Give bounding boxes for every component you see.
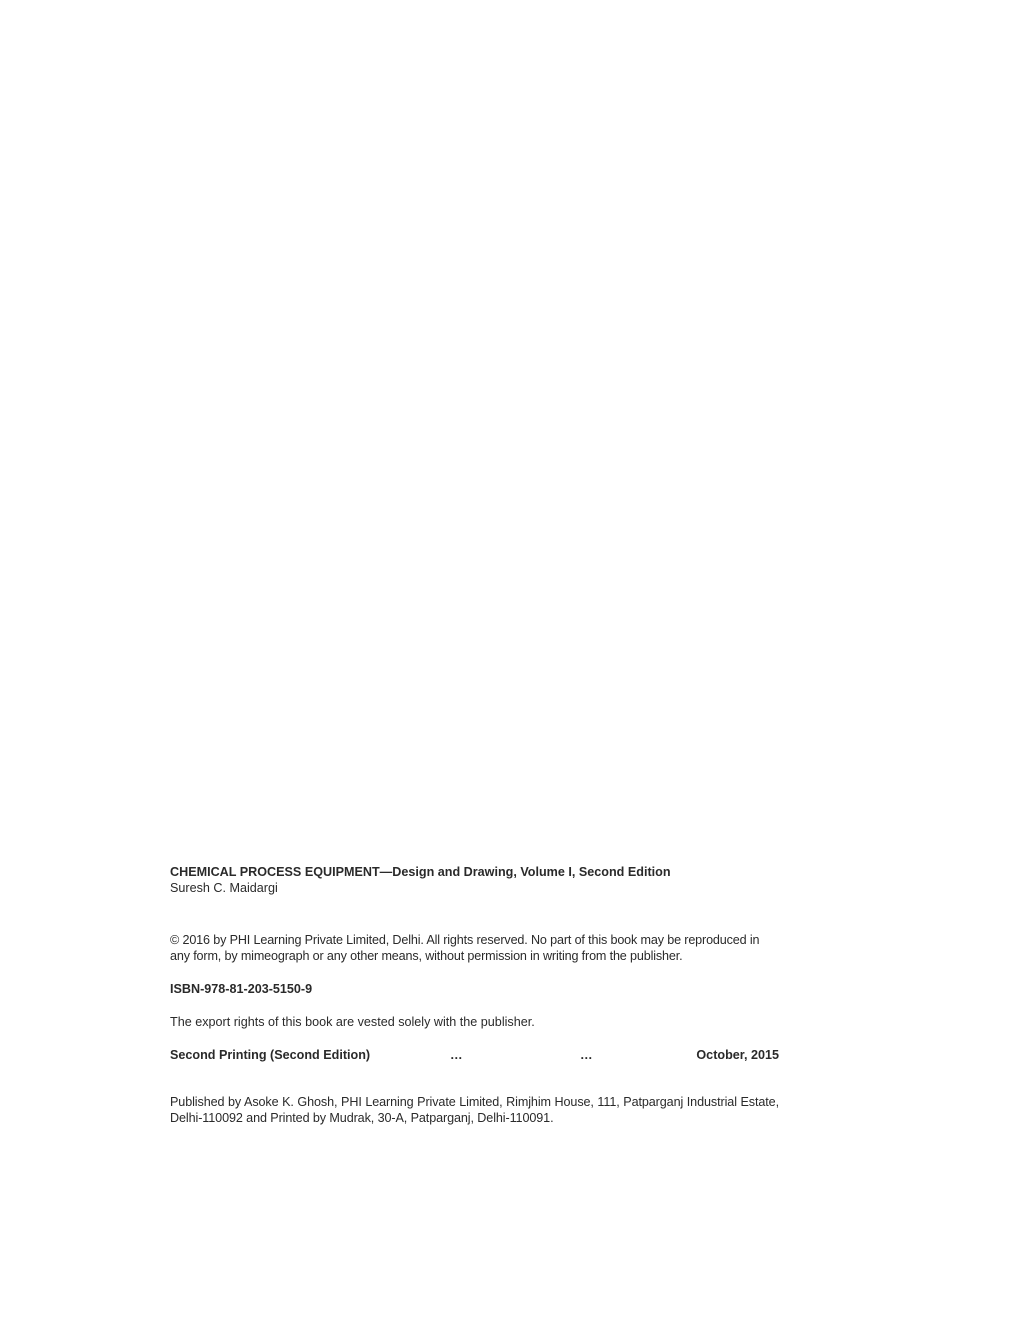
printing-date: October, 2015	[670, 1047, 779, 1063]
copyright-imprint-block: CHEMICAL PROCESS EQUIPMENT—Design and Dr…	[170, 864, 779, 1126]
printing-separator: …	[580, 1047, 670, 1063]
publisher-info: Published by Asoke K. Ghosh, PHI Learnin…	[170, 1094, 779, 1126]
export-rights-notice: The export rights of this book are veste…	[170, 1014, 779, 1030]
printing-separator: …	[450, 1047, 580, 1063]
isbn: ISBN-978-81-203-5150-9	[170, 981, 779, 997]
book-author: Suresh C. Maidargi	[170, 880, 779, 896]
printing-label: Second Printing (Second Edition)	[170, 1047, 450, 1063]
copyright-notice: © 2016 by PHI Learning Private Limited, …	[170, 932, 779, 964]
book-title: CHEMICAL PROCESS EQUIPMENT—Design and Dr…	[170, 864, 779, 880]
printing-info-row: Second Printing (Second Edition) … … Oct…	[170, 1047, 779, 1063]
